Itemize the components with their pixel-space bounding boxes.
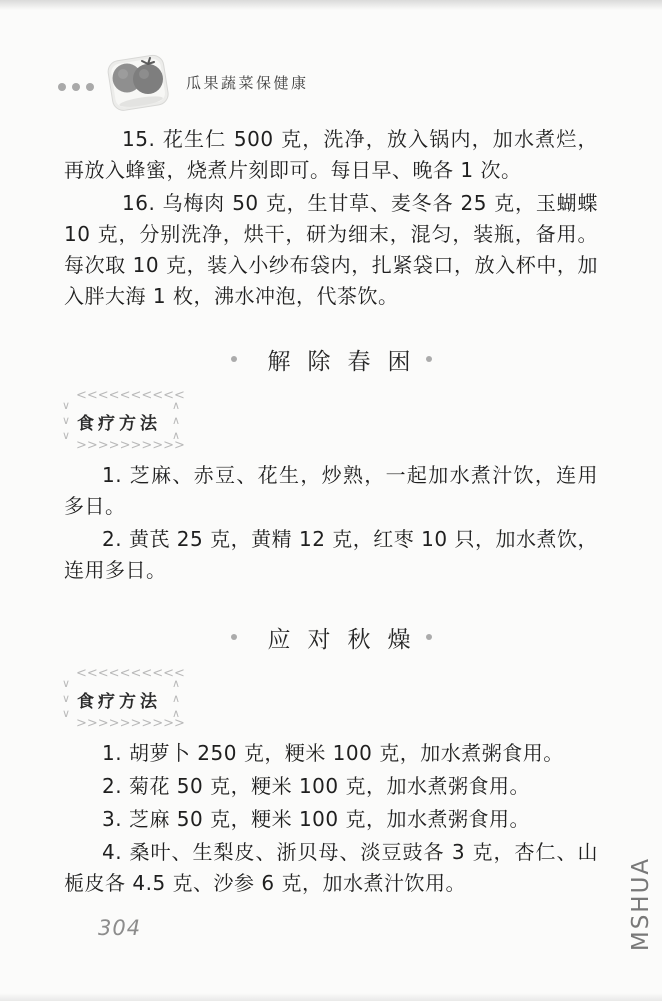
page-content: 15. 花生仁 500 克，洗净，放入锅内，加水煮烂，再放入蜂蜜，烧煮片刻即可。… [64, 124, 598, 899]
dot-icon [86, 83, 94, 91]
chevron-border-top-icon: <<<<<<<<<< [76, 669, 168, 679]
dot-icon [58, 83, 66, 91]
recipe-list: 1. 胡萝卜 250 克，粳米 100 克，加水煮粥食用。 2. 菊花 50 克… [64, 738, 598, 899]
book-title: 瓜果蔬菜保健康 [186, 72, 309, 93]
chevron-up-icon: ∧ [172, 401, 180, 411]
recipe-item: 1. 芝麻、赤豆、花生，炒熟，一起加水煮汁饮，连用多日。 [64, 460, 598, 522]
chevron-up-icon: ∧ [172, 694, 180, 704]
section-heading: 应对秋燥 [64, 620, 598, 654]
section-heading-text: 应对秋燥 [268, 621, 428, 654]
chevron-down-icon: ∨ [62, 401, 70, 411]
chevron-down-icon: ∨ [62, 709, 70, 719]
heading-dot-icon [426, 356, 432, 362]
recipe-item: 4. 桑叶、生梨皮、浙贝母、淡豆豉各 3 克，杏仁、山栀皮各 4.5 克、沙参 … [64, 837, 598, 899]
fruit-plate-icon [98, 42, 176, 116]
book-page: 瓜果蔬菜保健康 15. 花生仁 500 克，洗净，放入锅内，加水煮烂，再放入蜂蜜… [0, 0, 662, 1001]
heading-dot-icon [231, 634, 237, 640]
badge-label: 食疗方法 [77, 409, 161, 434]
chevron-border-right-icon: ∧ ∧ ∧ [172, 401, 180, 441]
recipe-paragraph-16: 16. 乌梅肉 50 克，生甘草、麦冬各 25 克，玉蝴蝶 10 克，分别洗净，… [64, 188, 598, 312]
recipe-item: 1. 胡萝卜 250 克，粳米 100 克，加水煮粥食用。 [64, 738, 598, 769]
badge-label: 食疗方法 [77, 687, 161, 712]
heading-dot-icon [426, 634, 432, 640]
chevron-up-icon: ∧ [172, 416, 180, 426]
section-heading-text: 解除春困 [268, 343, 428, 376]
recipe-item: 2. 黄芪 25 克，黄精 12 克，红枣 10 只，加水煮饮，连用多日。 [64, 524, 598, 586]
recipe-list: 1. 芝麻、赤豆、花生，炒熟，一起加水煮汁饮，连用多日。 2. 黄芪 25 克，… [64, 460, 598, 586]
recipe-paragraph-15: 15. 花生仁 500 克，洗净，放入锅内，加水煮烂，再放入蜂蜜，烧煮片刻即可。… [64, 124, 598, 186]
chevron-down-icon: ∨ [62, 679, 70, 689]
chevron-up-icon: ∧ [172, 709, 180, 719]
page-header: 瓜果蔬菜保健康 [58, 42, 309, 116]
dot-icon [72, 83, 80, 91]
section-spring-fatigue: 解除春困 <<<<<<<<<< >>>>>>>>>> ∨ ∨ ∨ ∧ ∧ ∧ 食… [64, 342, 598, 586]
chevron-border-top-icon: <<<<<<<<<< [76, 391, 168, 401]
chevron-border-right-icon: ∧ ∧ ∧ [172, 679, 180, 719]
section-autumn-dryness: 应对秋燥 <<<<<<<<<< >>>>>>>>>> ∨ ∨ ∨ ∧ ∧ ∧ 食… [64, 620, 598, 899]
therapy-method-badge: <<<<<<<<<< >>>>>>>>>> ∨ ∨ ∨ ∧ ∧ ∧ 食疗方法 [66, 394, 172, 448]
heading-dot-icon [231, 356, 237, 362]
recipe-item: 3. 芝麻 50 克，粳米 100 克，加水煮粥食用。 [64, 804, 598, 835]
header-dots [58, 83, 94, 91]
chevron-border-left-icon: ∨ ∨ ∨ [62, 401, 70, 441]
section-heading: 解除春困 [64, 342, 598, 376]
page-number: 304 [98, 916, 141, 940]
chevron-down-icon: ∨ [62, 416, 70, 426]
chevron-up-icon: ∧ [172, 679, 180, 689]
recipe-item: 2. 菊花 50 克，粳米 100 克，加水煮粥食用。 [64, 771, 598, 802]
therapy-method-badge: <<<<<<<<<< >>>>>>>>>> ∨ ∨ ∨ ∧ ∧ ∧ 食疗方法 [66, 672, 172, 726]
watermark: MSHUA [628, 857, 654, 951]
chevron-border-bottom-icon: >>>>>>>>>> [76, 441, 168, 451]
chevron-down-icon: ∨ [62, 694, 70, 704]
chevron-border-bottom-icon: >>>>>>>>>> [76, 719, 168, 729]
chevron-down-icon: ∨ [62, 431, 70, 441]
chevron-border-left-icon: ∨ ∨ ∨ [62, 679, 70, 719]
chevron-up-icon: ∧ [172, 431, 180, 441]
